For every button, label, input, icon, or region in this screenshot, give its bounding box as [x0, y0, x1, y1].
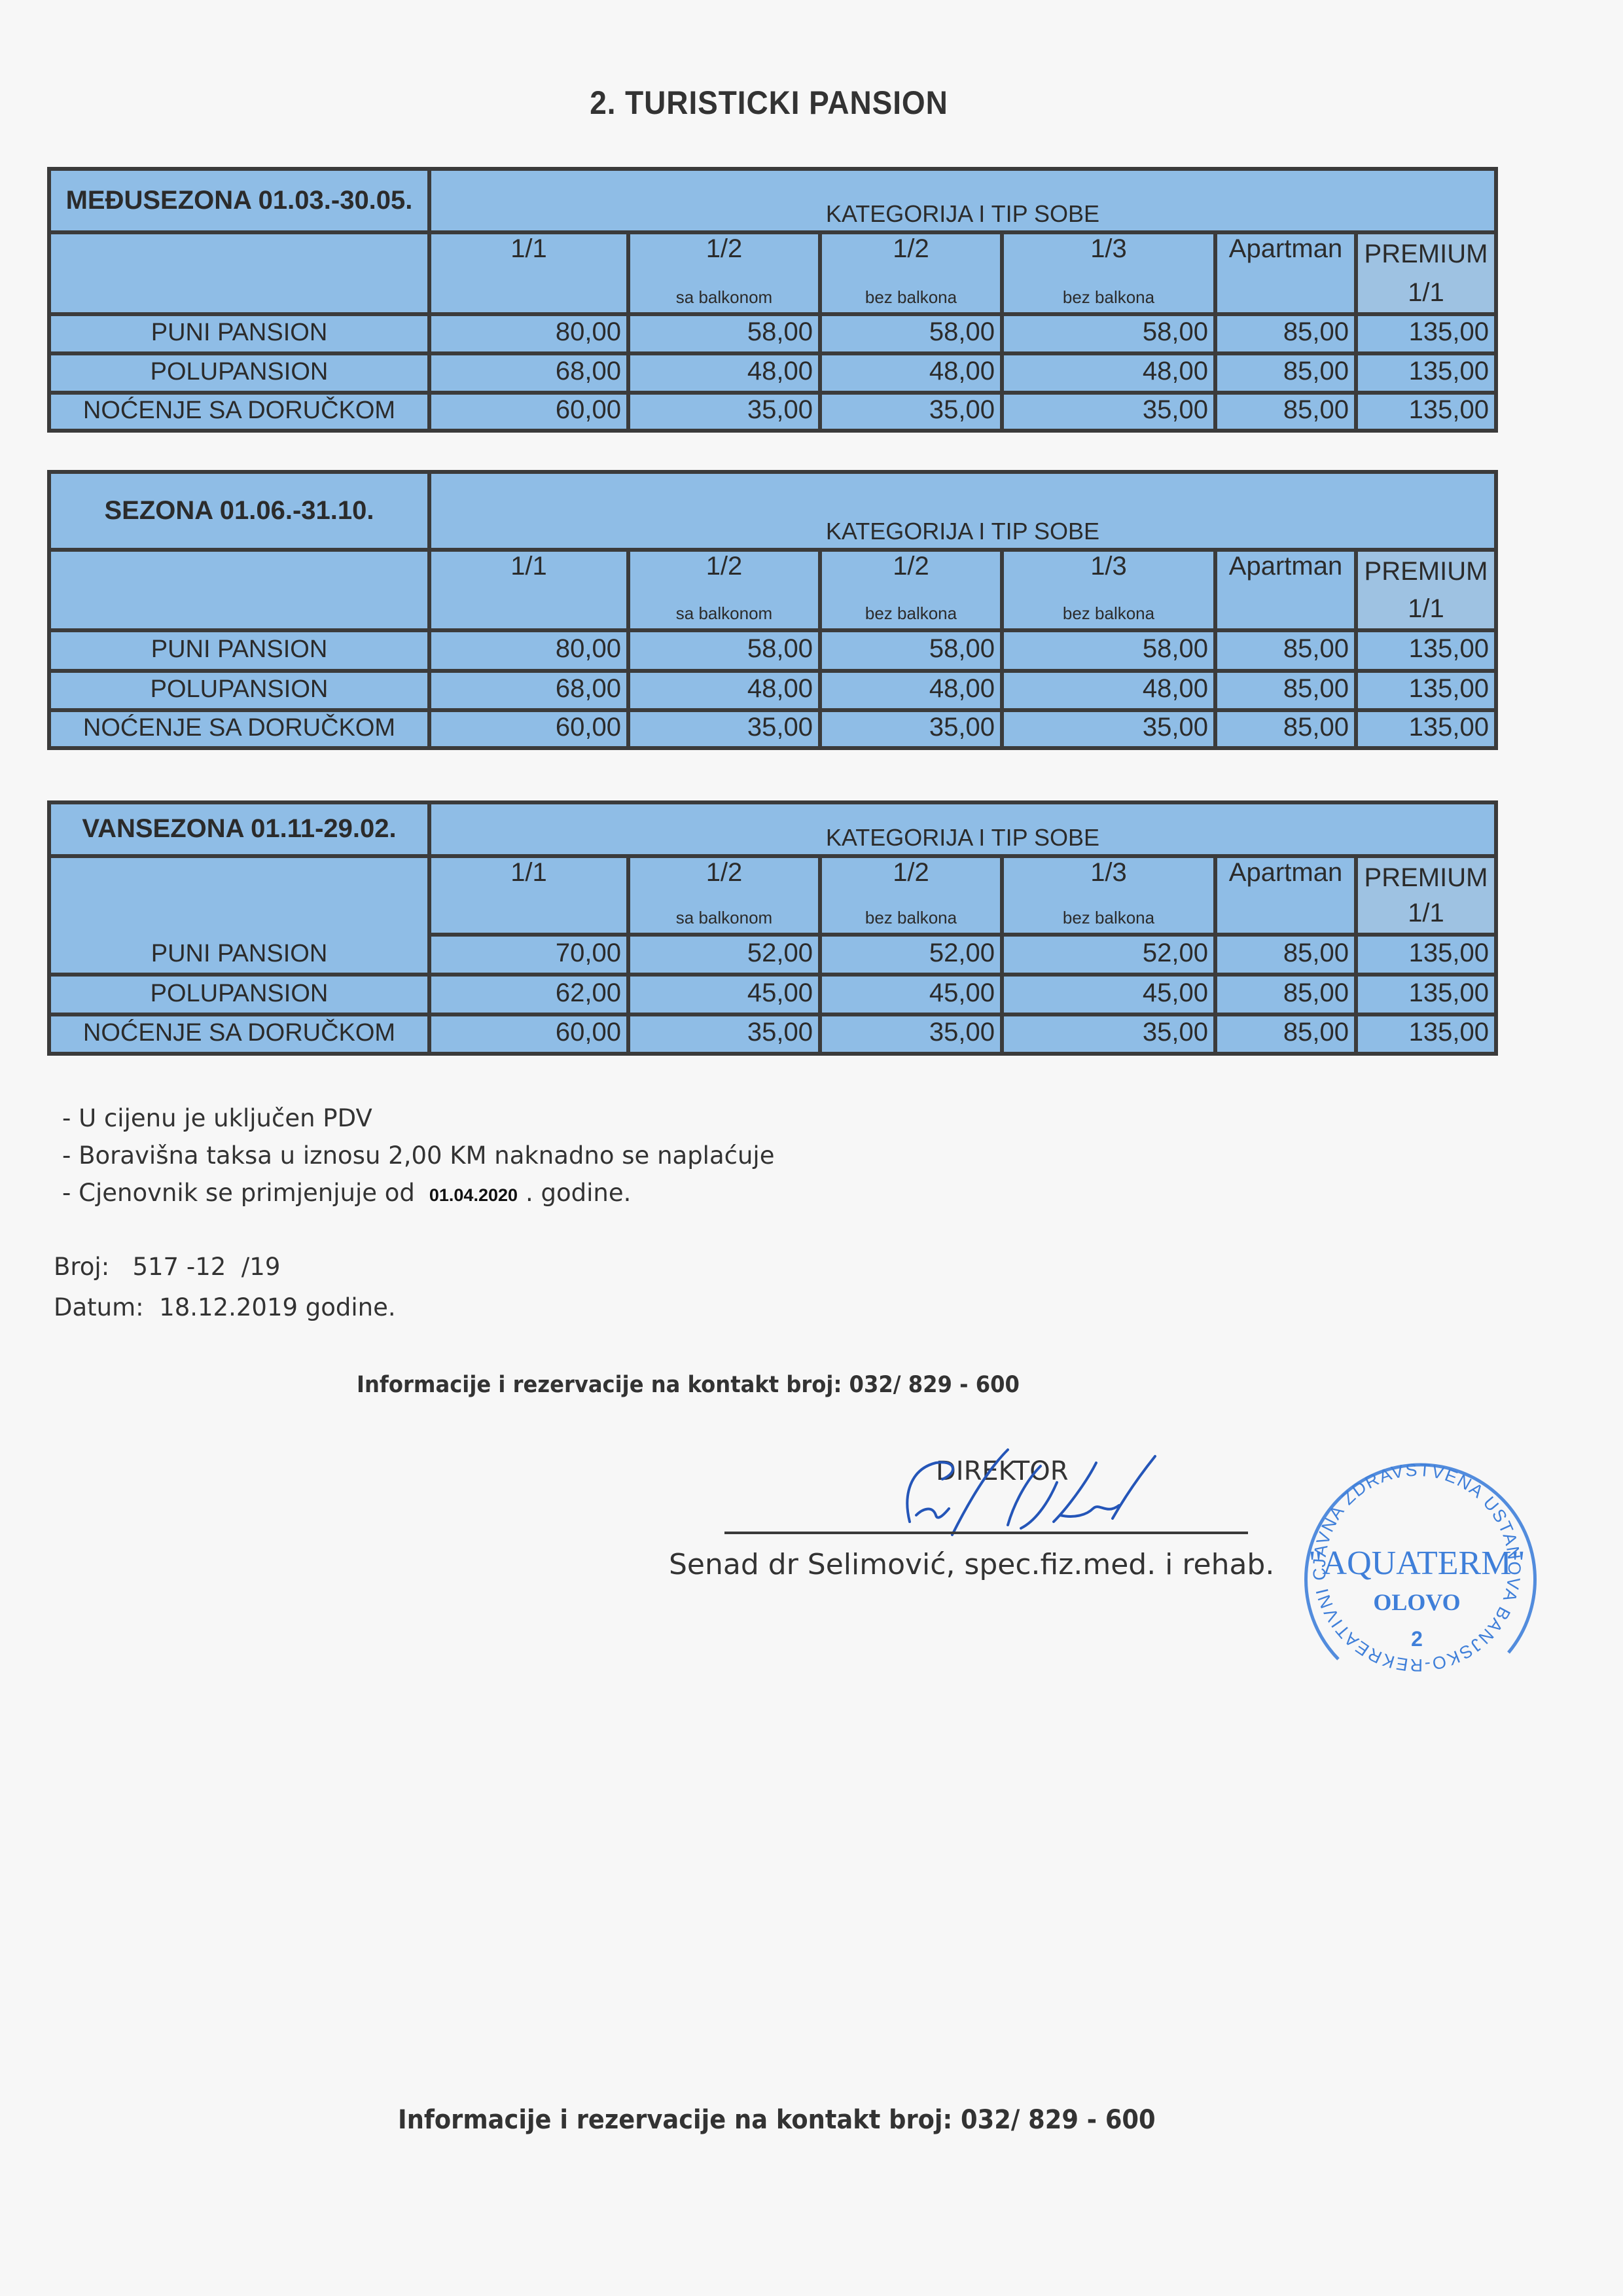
- price-cell: 35,00: [818, 1013, 1004, 1056]
- row-label-cell: PUNI PANSION: [47, 854, 431, 977]
- header-blank-cell: [47, 230, 431, 316]
- column-header-main: 1/2: [630, 552, 818, 581]
- price-cell: 85,00: [1213, 1013, 1358, 1056]
- price-cell: 135,00: [1354, 391, 1498, 433]
- price-value: 135,00: [1409, 674, 1489, 704]
- price-value: 48,00: [929, 357, 995, 386]
- row-label-cell: PUNI PANSION: [47, 628, 431, 673]
- column-header-main: Apartman: [1217, 234, 1354, 264]
- column-header-cell: Apartman: [1213, 230, 1358, 316]
- price-cell: 80,00: [427, 628, 630, 673]
- price-cell: 60,00: [427, 708, 630, 750]
- price-value: 35,00: [929, 1018, 995, 1047]
- price-cell: 85,00: [1213, 628, 1358, 673]
- column-header-cell: 1/2sa balkonom: [626, 854, 822, 937]
- document-title: 2. TURISTICKI PANSION: [62, 84, 1476, 122]
- price-value: 45,00: [929, 978, 995, 1008]
- price-value: 85,00: [1283, 317, 1349, 347]
- price-cell: 58,00: [818, 312, 1004, 355]
- price-value: 45,00: [747, 978, 813, 1008]
- price-cell: 135,00: [1354, 1013, 1498, 1056]
- row-label-cell: PUNI PANSION: [47, 312, 431, 355]
- signature-line: [724, 1532, 1248, 1534]
- column-header-main: PREMIUM: [1358, 557, 1494, 586]
- price-value: 85,00: [1283, 978, 1349, 1008]
- column-header-cell: 1/1: [427, 854, 630, 937]
- column-header-sub: bez balkona: [1004, 603, 1213, 624]
- column-header-main: 1/2: [630, 234, 818, 264]
- price-cell: 48,00: [626, 351, 822, 395]
- broj-value: 517 -12 /19: [132, 1253, 280, 1281]
- price-value: 135,00: [1409, 978, 1489, 1008]
- note-valid-suffix: . godine.: [526, 1179, 631, 1207]
- row-label-cell: POLUPANSION: [47, 669, 431, 712]
- price-cell: 48,00: [1000, 351, 1217, 395]
- price-value: 135,00: [1409, 1018, 1489, 1047]
- column-header-cell: PREMIUM1/1: [1354, 230, 1498, 316]
- price-cell: 58,00: [1000, 628, 1217, 673]
- column-header-sub: bez balkona: [822, 603, 1000, 624]
- price-cell: 85,00: [1213, 312, 1358, 355]
- price-value: 68,00: [556, 674, 621, 704]
- price-cell: 62,00: [427, 973, 630, 1016]
- column-header-sub: 1/1: [1358, 899, 1494, 928]
- price-cell: 68,00: [427, 669, 630, 712]
- price-value: 52,00: [1143, 939, 1208, 968]
- season-label-cell: SEZONA 01.06.-31.10.: [47, 470, 431, 552]
- category-header: KATEGORIJA I TIP SOBE: [431, 200, 1494, 228]
- price-cell: 85,00: [1213, 391, 1358, 433]
- column-header-cell: 1/3bez balkona: [1000, 230, 1217, 316]
- price-cell: 45,00: [818, 973, 1004, 1016]
- column-header-main: PREMIUM: [1358, 863, 1494, 893]
- price-cell: 135,00: [1354, 628, 1498, 673]
- price-value: 60,00: [556, 713, 621, 742]
- price-cell: 48,00: [1000, 669, 1217, 712]
- row-label-cell: POLUPANSION: [47, 351, 431, 395]
- price-value: 70,00: [556, 939, 621, 968]
- price-cell: 135,00: [1354, 708, 1498, 750]
- row-label: PUNI PANSION: [51, 636, 427, 664]
- price-cell: 45,00: [626, 973, 822, 1016]
- price-cell: 58,00: [1000, 312, 1217, 355]
- column-header-sub: 1/1: [1358, 278, 1494, 308]
- column-header-main: 1/2: [822, 858, 1000, 888]
- season-label: SEZONA 01.06.-31.10.: [51, 496, 427, 526]
- column-header-main: 1/3: [1004, 552, 1213, 581]
- price-value: 135,00: [1409, 713, 1489, 742]
- row-label-cell: NOĆENJE SA DORUČKOM: [47, 391, 431, 433]
- price-value: 45,00: [1143, 978, 1208, 1008]
- price-value: 58,00: [747, 317, 813, 347]
- datum-value: 18.12.2019 godine.: [159, 1293, 395, 1321]
- column-header-cell: Apartman: [1213, 854, 1358, 937]
- stamp-number: 2: [1411, 1627, 1423, 1651]
- price-cell: 52,00: [626, 933, 822, 977]
- price-value: 35,00: [929, 395, 995, 425]
- category-header-cell: KATEGORIJA I TIP SOBE: [427, 167, 1498, 234]
- header-blank-cell: [47, 548, 431, 632]
- price-value: 58,00: [1143, 634, 1208, 664]
- column-header-cell: 1/3bez balkona: [1000, 854, 1217, 937]
- reference-date: Datum: 18.12.2019 godine.: [54, 1287, 396, 1328]
- price-cell: 58,00: [626, 312, 822, 355]
- column-header-sub: bez balkona: [822, 908, 1000, 928]
- column-header-cell: 1/2sa balkonom: [626, 548, 822, 632]
- price-cell: 35,00: [818, 391, 1004, 433]
- column-header-cell: 1/2sa balkonom: [626, 230, 822, 316]
- price-value: 58,00: [929, 317, 995, 347]
- price-cell: 52,00: [818, 933, 1004, 977]
- price-value: 85,00: [1283, 674, 1349, 704]
- note-valid-prefix: - Cjenovnik se primjenjuje od: [62, 1179, 415, 1207]
- row-label: NOĆENJE SA DORUČKOM: [51, 714, 427, 742]
- column-header-main: 1/3: [1004, 234, 1213, 264]
- price-cell: 60,00: [427, 391, 630, 433]
- column-header-cell: 1/2bez balkona: [818, 230, 1004, 316]
- price-cell: 35,00: [1000, 708, 1217, 750]
- price-value: 48,00: [1143, 357, 1208, 386]
- price-cell: 58,00: [818, 628, 1004, 673]
- price-value: 35,00: [1143, 395, 1208, 425]
- price-cell: 35,00: [818, 708, 1004, 750]
- price-value: 35,00: [747, 1018, 813, 1047]
- column-header-cell: PREMIUM1/1: [1354, 548, 1498, 632]
- price-value: 35,00: [747, 395, 813, 425]
- category-header: KATEGORIJA I TIP SOBE: [431, 518, 1494, 545]
- price-cell: 135,00: [1354, 933, 1498, 977]
- price-cell: 35,00: [1000, 391, 1217, 433]
- price-value: 60,00: [556, 395, 621, 425]
- column-header-cell: 1/2bez balkona: [818, 548, 1004, 632]
- column-header-main: 1/1: [431, 234, 626, 264]
- price-cell: 35,00: [626, 708, 822, 750]
- season-label-cell: VANSEZONA 01.11-29.02.: [47, 800, 431, 858]
- price-cell: 85,00: [1213, 933, 1358, 977]
- notes: - U cijenu je uključen PDV - Boravišna t…: [62, 1100, 774, 1214]
- price-value: 80,00: [556, 317, 621, 347]
- price-value: 48,00: [1143, 674, 1208, 704]
- price-value: 48,00: [929, 674, 995, 704]
- row-label-cell: NOĆENJE SA DORUČKOM: [47, 708, 431, 750]
- price-value: 85,00: [1283, 713, 1349, 742]
- row-label: NOĆENJE SA DORUČKOM: [51, 397, 427, 425]
- season-label: MEĐUSEZONA 01.03.-30.05.: [51, 186, 427, 215]
- price-cell: 48,00: [818, 351, 1004, 395]
- row-label: PUNI PANSION: [51, 319, 427, 347]
- column-header-sub: sa balkonom: [630, 603, 818, 624]
- price-cell: 85,00: [1213, 669, 1358, 712]
- price-cell: 85,00: [1213, 973, 1358, 1016]
- price-value: 35,00: [929, 713, 995, 742]
- price-value: 135,00: [1409, 317, 1489, 347]
- row-label: POLUPANSION: [51, 358, 427, 386]
- column-header-cell: Apartman: [1213, 548, 1358, 632]
- price-cell: 135,00: [1354, 312, 1498, 355]
- reference-number: Broj: 517 -12 /19: [54, 1247, 396, 1287]
- price-value: 58,00: [1143, 317, 1208, 347]
- column-header-main: 1/2: [822, 234, 1000, 264]
- column-header-cell: 1/2bez balkona: [818, 854, 1004, 937]
- note-tourist-tax: - Boravišna taksa u iznosu 2,00 KM nakna…: [62, 1137, 774, 1174]
- row-label: PUNI PANSION: [51, 940, 427, 968]
- row-label: POLUPANSION: [51, 675, 427, 704]
- stamp-name: "AQUATERM": [1308, 1545, 1525, 1582]
- price-value: 48,00: [747, 357, 813, 386]
- price-cell: 70,00: [427, 933, 630, 977]
- column-header-sub: bez balkona: [1004, 287, 1213, 308]
- contact-line: Informacije i rezervacije na kontakt bro…: [357, 1372, 1020, 1398]
- season-label-cell: MEĐUSEZONA 01.03.-30.05.: [47, 167, 431, 234]
- price-value: 48,00: [747, 674, 813, 704]
- column-header-main: Apartman: [1217, 552, 1354, 581]
- price-cell: 85,00: [1213, 351, 1358, 395]
- price-value: 135,00: [1409, 395, 1489, 425]
- price-cell: 135,00: [1354, 351, 1498, 395]
- price-cell: 135,00: [1354, 973, 1498, 1016]
- price-cell: 68,00: [427, 351, 630, 395]
- column-header-main: 1/3: [1004, 858, 1213, 888]
- price-cell: 48,00: [626, 669, 822, 712]
- column-header-main: Apartman: [1217, 858, 1354, 888]
- price-cell: 52,00: [1000, 933, 1217, 977]
- footer-contact-line: Informacije i rezervacije na kontakt bro…: [398, 2105, 1156, 2135]
- column-header-main: 1/1: [431, 858, 626, 888]
- column-header-sub: 1/1: [1358, 594, 1494, 624]
- price-value: 60,00: [556, 1018, 621, 1047]
- column-header-sub: bez balkona: [1004, 908, 1213, 928]
- price-value: 35,00: [1143, 713, 1208, 742]
- price-value: 85,00: [1283, 395, 1349, 425]
- category-header: KATEGORIJA I TIP SOBE: [431, 824, 1494, 852]
- price-cell: 35,00: [626, 1013, 822, 1056]
- reference-block: Broj: 517 -12 /19 Datum: 18.12.2019 godi…: [54, 1247, 396, 1328]
- director-name: Senad dr Selimović, spec.fiz.med. i reha…: [669, 1548, 1274, 1581]
- price-value: 35,00: [747, 713, 813, 742]
- price-value: 85,00: [1283, 357, 1349, 386]
- price-value: 58,00: [929, 634, 995, 664]
- column-header-cell: 1/1: [427, 548, 630, 632]
- price-cell: 60,00: [427, 1013, 630, 1056]
- signature-scribble-icon: [897, 1443, 1204, 1541]
- price-value: 135,00: [1409, 634, 1489, 664]
- price-cell: 58,00: [626, 628, 822, 673]
- price-value: 85,00: [1283, 1018, 1349, 1047]
- price-cell: 45,00: [1000, 973, 1217, 1016]
- price-cell: 80,00: [427, 312, 630, 355]
- price-value: 62,00: [556, 978, 621, 1008]
- price-value: 85,00: [1283, 939, 1349, 968]
- price-value: 52,00: [929, 939, 995, 968]
- column-header-sub: bez balkona: [822, 287, 1000, 308]
- price-value: 80,00: [556, 634, 621, 664]
- note-valid-from: - Cjenovnik se primjenjuje od01.04.2020.…: [62, 1174, 774, 1214]
- row-label: NOĆENJE SA DORUČKOM: [51, 1019, 427, 1047]
- price-value: 35,00: [1143, 1018, 1208, 1047]
- price-value: 135,00: [1409, 939, 1489, 968]
- price-cell: 48,00: [818, 669, 1004, 712]
- price-value: 52,00: [747, 939, 813, 968]
- column-header-cell: 1/1: [427, 230, 630, 316]
- category-header-cell: KATEGORIJA I TIP SOBE: [427, 470, 1498, 552]
- column-header-cell: 1/3bez balkona: [1000, 548, 1217, 632]
- valid-from-date: 01.04.2020: [429, 1185, 518, 1205]
- column-header-main: 1/1: [431, 552, 626, 581]
- price-value: 85,00: [1283, 634, 1349, 664]
- price-cell: 35,00: [1000, 1013, 1217, 1056]
- price-value: 58,00: [747, 634, 813, 664]
- column-header-sub: sa balkonom: [630, 287, 818, 308]
- note-vat: - U cijenu je uključen PDV: [62, 1100, 774, 1137]
- row-label: POLUPANSION: [51, 980, 427, 1008]
- column-header-cell: PREMIUM1/1: [1354, 854, 1498, 937]
- broj-label: Broj:: [54, 1253, 109, 1281]
- price-value: 135,00: [1409, 357, 1489, 386]
- price-cell: 35,00: [626, 391, 822, 433]
- stamp-city: OLOVO: [1373, 1589, 1460, 1615]
- column-header-main: 1/2: [822, 552, 1000, 581]
- row-label-cell: POLUPANSION: [47, 973, 431, 1016]
- column-header-main: PREMIUM: [1358, 240, 1494, 269]
- column-header-main: 1/2: [630, 858, 818, 888]
- row-label-cell: NOĆENJE SA DORUČKOM: [47, 1013, 431, 1056]
- datum-label: Datum:: [54, 1293, 144, 1321]
- season-label: VANSEZONA 01.11-29.02.: [51, 814, 427, 844]
- category-header-cell: KATEGORIJA I TIP SOBE: [427, 800, 1498, 858]
- price-cell: 135,00: [1354, 669, 1498, 712]
- column-header-sub: sa balkonom: [630, 908, 818, 928]
- price-cell: 85,00: [1213, 708, 1358, 750]
- price-value: 68,00: [556, 357, 621, 386]
- official-stamp-icon: JAVNA ZDRAVSTVENA USTANOVA BANJSKO-REKRE…: [1293, 1443, 1541, 1692]
